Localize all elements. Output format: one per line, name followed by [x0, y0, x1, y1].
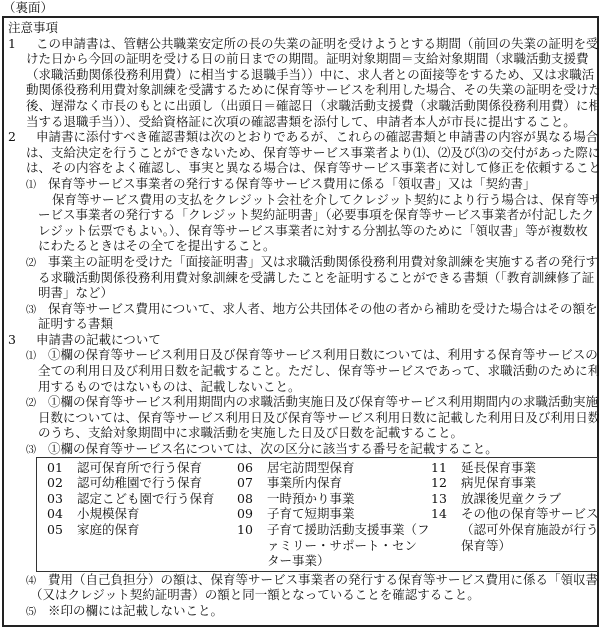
service-code: 02: [47, 475, 77, 491]
service-label: （認可外保育施設が行う: [461, 522, 599, 537]
service-code: 05: [47, 522, 77, 538]
item-text: 申請書に添付すべき確認書類は次のとおりであるが、これらの確認書類と申請書の内容が…: [36, 129, 598, 144]
item-number: 3: [8, 332, 36, 348]
table-row: 02認可幼稚園で行う保育 07事業所内保育 12病児保育事業: [37, 475, 597, 491]
item-text: は、支給決定を行うことができないため、保育等サービス事業者より⑴、⑵及び⑶の交付…: [8, 145, 593, 161]
service-code: 03: [47, 491, 77, 507]
service-code: 11: [431, 460, 461, 476]
table-row: ター事業）: [37, 553, 597, 569]
service-label: 家庭的保育: [77, 522, 140, 537]
item-number: 2: [8, 129, 36, 145]
item-title: 申請書の記載について: [36, 332, 161, 347]
service-label: 認定こども園で行う保育: [77, 491, 215, 506]
service-label: 子育て短期事業: [267, 506, 355, 521]
note-subitem-3-4: ⑷費用（自己負担分）の額は、保育等サービス事業者の発行する保育等サービス費用に係…: [8, 572, 593, 603]
note-subitem-3-1: ⑴①欄の保育等サービス利用日及び保育等サービス利用日数については、利用する保育等…: [8, 347, 593, 394]
item-text: 後、遅滞なく市長のもとに出頭し（出頭日＝確認日（求職活動支援費（求職活動関係役務…: [8, 98, 593, 114]
subitem-text: ①欄の保育等サービス利用日及び保育等サービス利用日数については、利用する保育等サ…: [48, 347, 598, 362]
service-code: 08: [237, 491, 267, 507]
note-subitem-3-2: ⑵①欄の保育等サービス利用期間内の求職活動実施日及び保育等サービス利用期間内の求…: [8, 394, 593, 441]
subitem-text: 保育等サービス費用について、求人者、地方公共団体その他の者から補助を受けた場合は…: [48, 301, 598, 316]
page-side-label: （裏面）: [3, 0, 53, 16]
service-label: その他の保育等サービス: [461, 506, 599, 521]
note-item-1: 1この申請書は、管轄公共職業安定所の長の失業の証明を受けようとする期間（前回の失…: [8, 36, 593, 130]
note-item-2: 2申請書に添付すべき確認書類は次のとおりであるが、これらの確認書類と申請書の内容…: [8, 129, 593, 332]
table-row: ァミリー・サポート・セン 保育等）: [37, 538, 597, 554]
service-code: 01: [47, 460, 77, 476]
service-code-table: 01認可保育所で行う保育 06居宅訪問型保育 11延長保育事業 02認可幼稚園で…: [36, 457, 598, 572]
table-row: 04小規模保育 09子育て短期事業 14その他の保育等サービス: [37, 506, 597, 522]
item-text: 動関係役務利用費対象訓練を受講するために保育等サービスを利用した場合、その失業の…: [8, 82, 593, 98]
service-code: 13: [431, 491, 461, 507]
note-item-3: 3申請書の記載について ⑴①欄の保育等サービス利用日及び保育等サービス利用日数に…: [8, 332, 593, 619]
service-label: 保育等）: [461, 538, 511, 553]
service-code: 07: [237, 475, 267, 491]
service-label: 一時預かり事業: [267, 491, 355, 506]
subitem-text: のうち、支給対象期間中に求職活動を実施した日及び日数を記載すること。: [8, 425, 593, 441]
subitem-text: 用するものではないものは、記載しないこと。: [8, 379, 593, 395]
subitem-text: レジット伝票でもよい。）、保育等サービス事業者に対する分割払等のために「領収書」…: [8, 223, 593, 239]
subitem-text: （又はクレジット契約証明書）の額と同一額となっていることを確認すること。: [8, 587, 593, 603]
subitem-text: る求職活動関係役務利用費対象訓練を受講したことを証明することができる書類（「教育…: [8, 270, 593, 286]
service-label: 認可幼稚園で行う保育: [77, 475, 202, 490]
subitem-text: ①欄の保育等サービス利用期間内の求職活動実施日及び保育等サービス利用期間内の求職…: [48, 394, 598, 409]
service-label: 延長保育事業: [461, 460, 536, 475]
subitem-text: 明書」など）: [8, 285, 593, 301]
note-subitem-3-3: ⑶①欄の保育等サービス名については、次の区分に該当する番号を記載すること。: [8, 441, 593, 457]
notes-content: 注意事項 1この申請書は、管轄公共職業安定所の長の失業の証明を受けようとする期間…: [8, 20, 593, 619]
table-row: 03認定こども園で行う保育 08一時預かり事業 13放課後児童クラブ: [37, 491, 597, 507]
subitem-text: 保育等サービス費用の支払をクレジット会社を介してクレジット契約により行う場合は、…: [8, 192, 593, 208]
service-label: 病児保育事業: [461, 475, 536, 490]
service-label: ター事業）: [267, 553, 330, 568]
service-label: 居宅訪問型保育: [267, 460, 355, 475]
service-label: 小規模保育: [77, 506, 140, 521]
subitem-number: ⑸: [26, 605, 48, 621]
table-row: 05家庭的保育 10子育て援助活動支援事業（フ （認可外保育施設が行う: [37, 522, 597, 538]
item-text: は、その内容をよく確認し、事実と異なる場合は、保育等サービス事業者に対して修正を…: [8, 160, 593, 176]
service-label: 放課後児童クラブ: [461, 491, 561, 506]
service-label: 認可保育所で行う保育: [77, 460, 202, 475]
subitem-text: 費用（自己負担分）の額は、保育等サービス事業者の発行する保育等サービス費用に係る…: [48, 572, 599, 587]
subitem-text: 日数については、保育等サービス利用日及び保育等サービス利用日数に記載した利用日及…: [8, 410, 593, 426]
item-number: 1: [8, 36, 36, 52]
table-row: 01認可保育所で行う保育 06居宅訪問型保育 11延長保育事業: [37, 460, 597, 476]
notes-frame: 注意事項 1この申請書は、管轄公共職業安定所の長の失業の証明を受けようとする期間…: [2, 16, 599, 627]
subitem-text: 証明する書類: [8, 316, 593, 332]
service-code: 04: [47, 506, 77, 522]
service-label: 事業所内保育: [267, 475, 342, 490]
subitem-text: 事業主の証明を受けた「面接証明書」又は求職活動関係役務利用費対象訓練を実施する者…: [48, 254, 598, 269]
notes-heading: 注意事項: [8, 20, 593, 36]
service-code: 14: [431, 506, 461, 522]
subitem-text: ①欄の保育等サービス名については、次の区分に該当する番号を記載すること。: [48, 441, 498, 456]
subitem-text: ※印の欄には記載しないこと。: [48, 603, 223, 618]
item-text: けた日から今回の証明を受ける日の前日までの期間。証明対象期間＝支給対象期間（求職…: [8, 51, 593, 67]
note-subitem-2-3: ⑶保育等サービス費用について、求人者、地方公共団体その他の者から補助を受けた場合…: [8, 301, 593, 332]
service-code: 10: [237, 522, 267, 538]
service-code: 09: [237, 506, 267, 522]
subitem-text: 保育等サービス事業者の発行する保育等サービス費用に係る「領収書」又は「契約書」: [48, 176, 536, 191]
service-label: ァミリー・サポート・セン: [267, 538, 417, 553]
item-text: 当する退職手当））、受給資格証に次項の確認書類を添付して、申請者本人が市長に提出…: [8, 114, 593, 130]
service-label: 子育て援助活動支援事業（フ: [267, 522, 430, 537]
subitem-text: ービス事業者の発行する「クレジット契約証明書」（必要事項を保育等サービス事業者が…: [8, 207, 593, 223]
subitem-number: ⑴: [26, 178, 48, 194]
subitem-text: 全ての利用日及び利用日数を記載すること。ただし、保育等サービスであって、求職活動…: [8, 363, 593, 379]
service-code: 12: [431, 475, 461, 491]
item-text: この申請書は、管轄公共職業安定所の長の失業の証明を受けようとする期間（前回の失業…: [36, 36, 599, 51]
note-subitem-3-5: ⑸※印の欄には記載しないこと。: [8, 603, 593, 619]
note-subitem-2-2: ⑵事業主の証明を受けた「面接証明書」又は求職活動関係役務利用費対象訓練を実施する…: [8, 254, 593, 301]
service-code: 06: [237, 460, 267, 476]
item-text: （求職活動関係役務利用費）に相当する退職手当））中に、求人者との面接等をするため…: [8, 67, 593, 83]
note-subitem-2-1: ⑴保育等サービス事業者の発行する保育等サービス費用に係る「領収書」又は「契約書」…: [8, 176, 593, 254]
subitem-text: にわたるときはその全てを提出すること。: [8, 238, 593, 254]
